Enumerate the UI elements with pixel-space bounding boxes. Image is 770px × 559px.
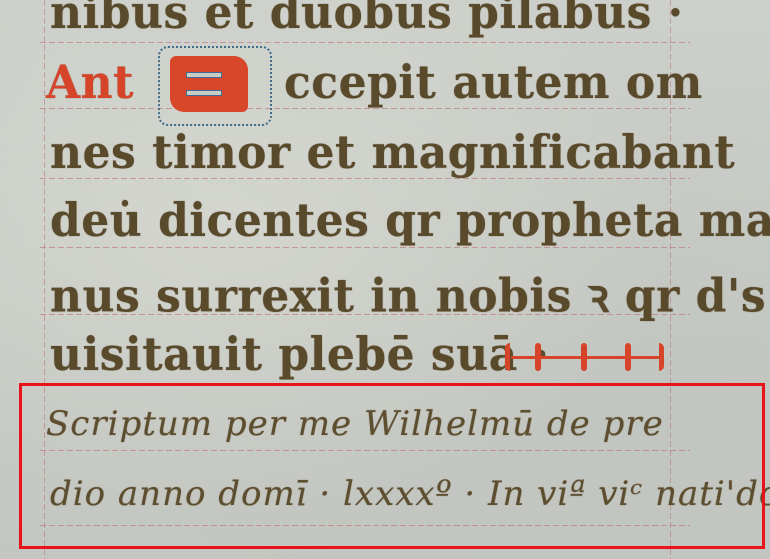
line-filler-tick — [581, 343, 587, 371]
colophon-highlight-box — [19, 383, 765, 549]
initial-bar — [186, 72, 222, 78]
line-filler-tick — [535, 343, 541, 371]
ruling-line — [40, 42, 690, 43]
manuscript-line-2-text: ccepit autem om — [284, 56, 703, 110]
red-line-filler — [505, 343, 665, 373]
manuscript-line-6: uisitauit plebē suā · — [50, 328, 549, 382]
line-filler-bracket — [505, 343, 510, 371]
initial-bar — [186, 90, 222, 96]
manuscript-line-3: nes timor et magnificabant — [50, 126, 735, 180]
line-filler-bracket — [659, 343, 664, 371]
manuscript-line-2: Ant — [46, 56, 134, 110]
line-filler-tick — [625, 343, 631, 371]
manuscript-line-5: nus surrexit in nobis ꝛ qr d's — [50, 262, 766, 325]
manuscript-line-1: nibus et duobus pilabus · — [50, 0, 684, 40]
manuscript-line-4: deu̇ dicentes qr propheta mag — [50, 194, 770, 248]
initial-letter-a — [170, 56, 248, 112]
rubric-antiphon: Ant — [46, 56, 134, 110]
decorated-initial — [148, 42, 276, 126]
